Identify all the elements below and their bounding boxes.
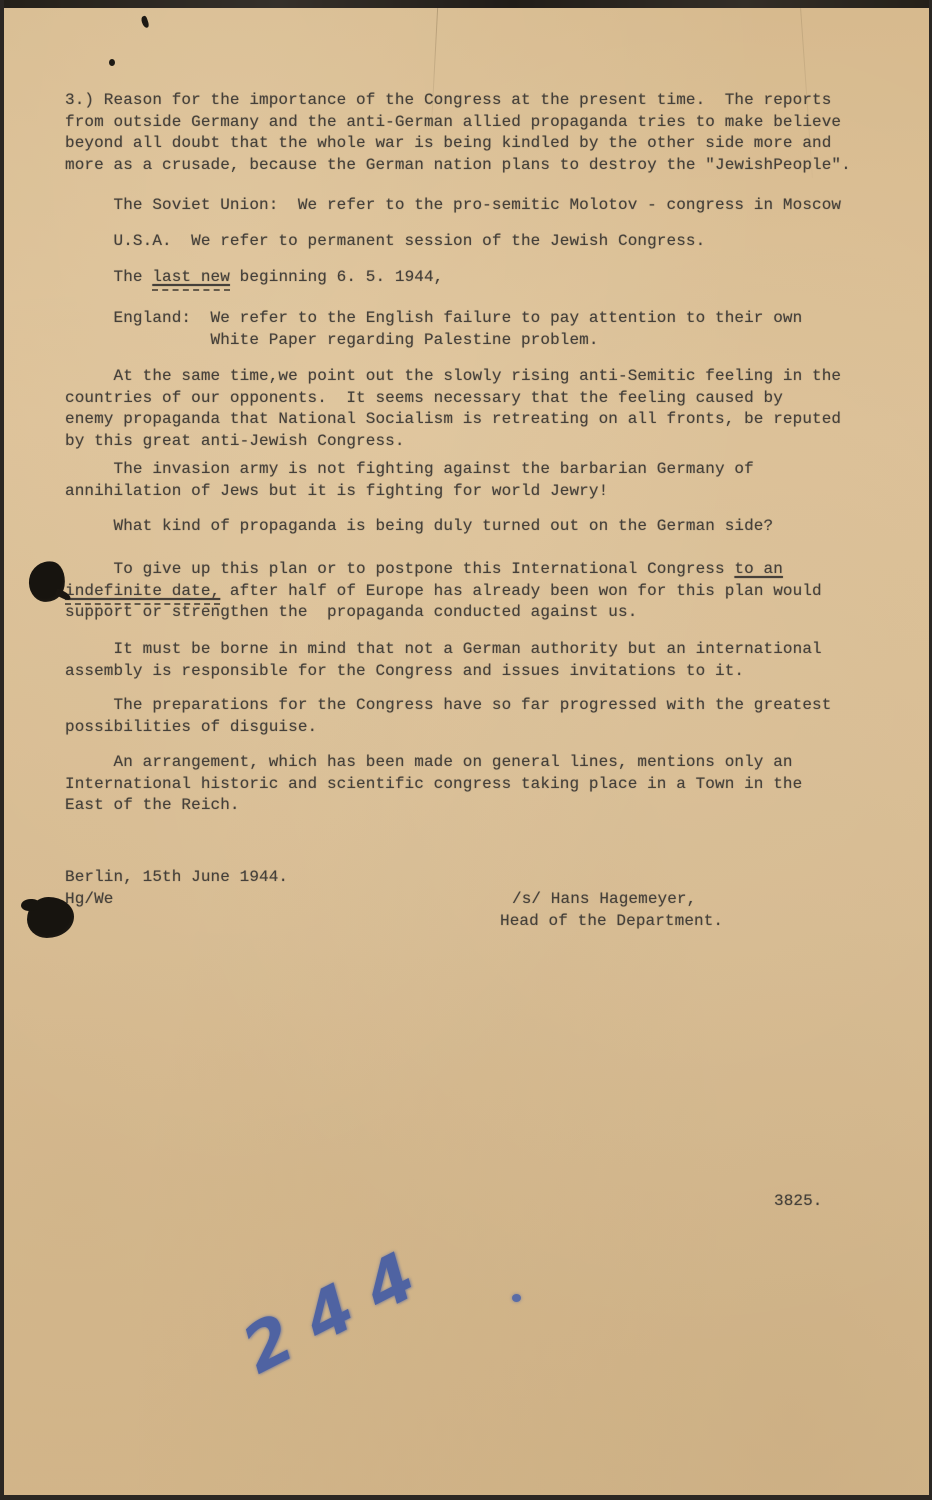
scan-edge-left [0, 0, 4, 1500]
handwritten-dot-mark [512, 1294, 521, 1302]
handwritten-page-number: 244 [231, 1228, 448, 1389]
paragraph-arrangement: An arrangement, which has been made on g… [65, 752, 802, 817]
text-segment: To give up this plan or to postpone this… [65, 560, 734, 578]
ink-speck [109, 59, 115, 66]
ink-blot [26, 559, 67, 605]
paragraph-last-new: The last new beginning 6. 5. 1944, [65, 267, 443, 289]
ink-blot [27, 897, 74, 938]
underlined-text: last new [152, 268, 230, 291]
paragraph-postpone: To give up this plan or to postpone this… [65, 559, 822, 624]
paragraph-reason: 3.) Reason for the importance of the Con… [65, 90, 851, 176]
paragraph-preparations: The preparations for the Congress have s… [65, 695, 831, 738]
paragraph-same-time: At the same time,we point out the slowly… [65, 366, 841, 452]
underlined-text: indefinite date, [65, 582, 220, 605]
scan-edge-top [0, 0, 932, 8]
paragraph-soviet-union: The Soviet Union: We refer to the pro-se… [65, 195, 841, 217]
paragraph-what-kind: What kind of propaganda is being duly tu… [65, 516, 773, 538]
scan-edge-bottom [0, 1495, 932, 1500]
paragraph-borne: It must be borne in mind that not a Germ… [65, 639, 822, 682]
text-segment: beginning 6. 5. 1944, [230, 268, 443, 286]
text-segment: The [65, 268, 152, 286]
signature-initials: Hg/We [65, 889, 114, 911]
document-page: 3.) Reason for the importance of the Con… [0, 0, 932, 1500]
paragraph-usa: U.S.A. We refer to permanent session of … [65, 231, 705, 253]
paragraph-invasion: The invasion army is not fighting agains… [65, 459, 754, 502]
page-number: 3825. [774, 1191, 823, 1213]
signature-signed-by: /s/ Hans Hagemeyer, [512, 889, 696, 911]
ink-speck [140, 15, 149, 28]
underlined-text: to an [734, 560, 783, 578]
signature-title: Head of the Department. [500, 911, 723, 933]
signature-place-date: Berlin, 15th June 1944. [65, 867, 288, 889]
paragraph-england: England: We refer to the English failure… [65, 308, 802, 351]
